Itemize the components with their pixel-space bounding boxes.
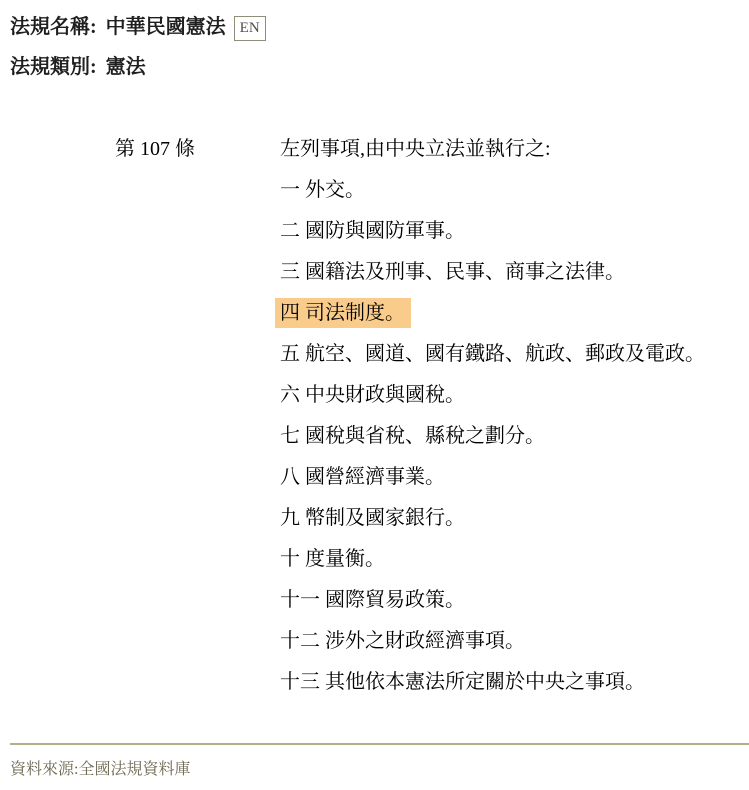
law-category-row: 法規類別:憲法 [10,54,739,80]
article-item-8: 八 國營經濟事業。 [280,462,749,492]
law-category-label: 法規類別: [10,56,97,78]
article-item-5: 五 航空、國道、國有鐵路、航政、郵政及電政。 [280,339,749,369]
article-intro: 左列事項,由中央立法並執行之: [280,134,749,164]
article-item-10: 十 度量衡。 [280,544,749,574]
article-item-1: 一 外交。 [280,175,749,205]
law-name-value: 中華民國憲法 [106,16,226,38]
law-name-row: 法規名稱:中華民國憲法EN [10,14,739,41]
article-number: 第 107 條 [115,134,280,708]
law-article-page: 法規名稱:中華民國憲法EN 法規類別:憲法 第 107 條 左列事項,由中央立法… [0,0,749,790]
article-item-3: 三 國籍法及刑事、民事、商事之法律。 [280,257,749,287]
footer-divider [10,743,749,745]
law-name-label: 法規名稱: [10,16,97,38]
data-source-note: 資料來源:全國法規資料庫 [10,756,749,779]
article-item-4: 四 司法制度。 [280,298,749,328]
english-version-button[interactable]: EN [234,16,266,41]
article-107: 第 107 條 左列事項,由中央立法並執行之: 一 外交。 二 國防與國防軍事。… [0,134,749,708]
law-category-value: 憲法 [106,56,146,78]
article-item-11: 十一 國際貿易政策。 [280,585,749,615]
article-item-2: 二 國防與國防軍事。 [280,216,749,246]
article-item-12: 十二 涉外之財政經濟事項。 [280,626,749,656]
article-item-7: 七 國稅與省稅、縣稅之劃分。 [280,421,749,451]
law-header: 法規名稱:中華民國憲法EN 法規類別:憲法 [0,0,749,80]
article-item-6: 六 中央財政與國稅。 [280,380,749,410]
page-footer: 資料來源:全國法規資料庫 [0,743,749,779]
article-content: 左列事項,由中央立法並執行之: 一 外交。 二 國防與國防軍事。 三 國籍法及刑… [280,134,749,708]
article-item-13: 十三 其他依本憲法所定關於中央之事項。 [280,667,749,697]
article-item-9: 九 幣制及國家銀行。 [280,503,749,533]
